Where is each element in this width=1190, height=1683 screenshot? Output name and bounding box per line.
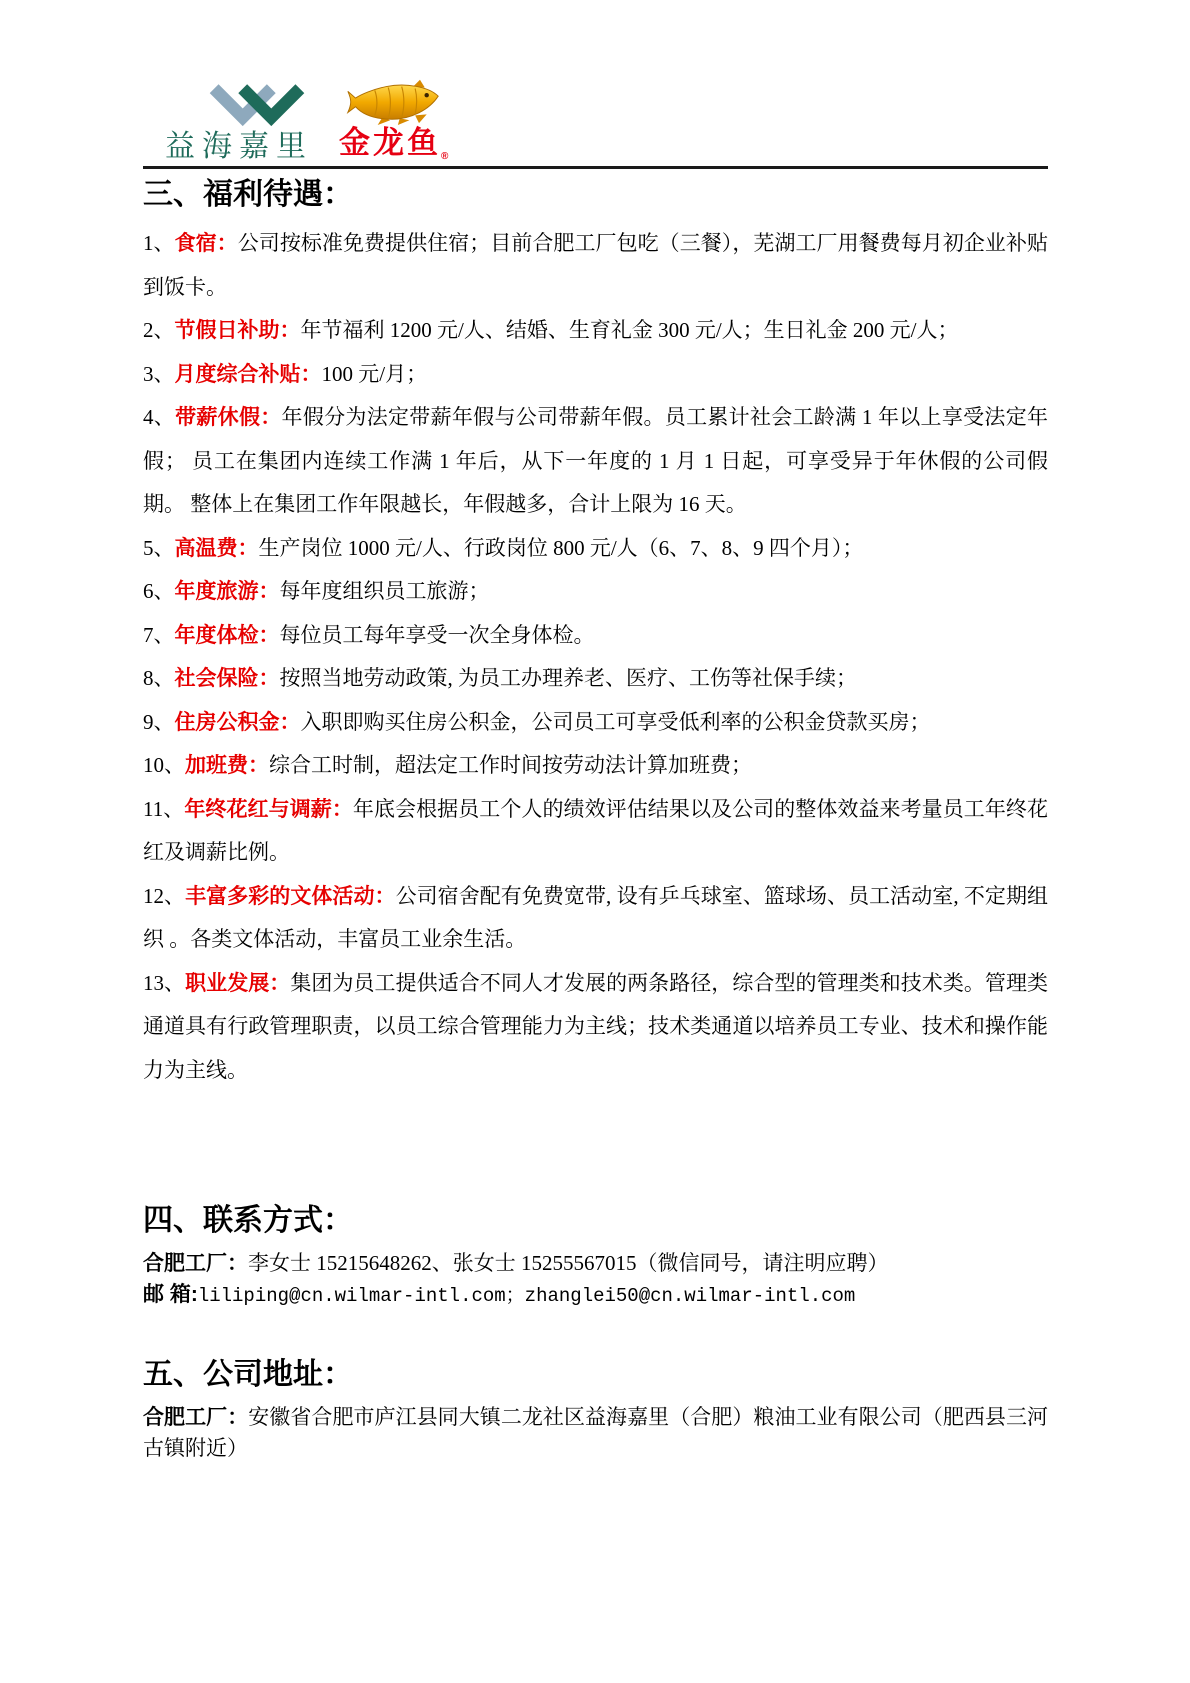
address-factory-label: 合肥工厂： <box>143 1406 248 1429</box>
item-number: 13、 <box>143 971 185 995</box>
benefit-item: 6、年度旅游：每年度组织员工旅游； <box>143 570 1048 614</box>
benefit-item: 8、社会保险：按照当地劳动政策, 为员工办理养老、医疗、工伤等社保手续； <box>143 657 1048 701</box>
benefits-heading: 三、福利待遇： <box>143 178 1048 212</box>
item-number: 8、 <box>143 666 175 690</box>
contact-email-text: liliping@cn.wilmar-intl.com；zhanglei50@c… <box>198 1285 856 1307</box>
page-content: 益海嘉里 <box>143 0 1048 1464</box>
item-label: 住房公积金： <box>175 710 301 734</box>
item-text: 生产岗位 1000 元/人、行政岗位 800 元/人（6、7、8、9 四个月）； <box>259 536 864 560</box>
item-number: 3、 <box>143 362 175 386</box>
item-number: 7、 <box>143 623 175 647</box>
brand-logos: 益海嘉里 <box>165 72 1048 162</box>
contact-factory-text: 李女士 15215648262、张女士 15255567015（微信同号，请注明… <box>248 1251 889 1275</box>
address-heading: 五、公司地址： <box>143 1358 1048 1392</box>
item-number: 5、 <box>143 536 175 560</box>
benefit-item: 1、食宿：公司按标准免费提供住宿；目前合肥工厂包吃（三餐），芜湖工厂用餐费每月初… <box>143 222 1048 309</box>
item-text: 综合工时制，超法定工作时间按劳动法计算加班费； <box>269 753 752 777</box>
item-number: 12、 <box>143 884 185 908</box>
jinlongyu-logo: 金龙鱼® <box>339 75 448 162</box>
arowana-fish-icon <box>345 75 443 125</box>
item-text: 年节福利 1200 元/人、结婚、生育礼金 300 元/人；生日礼金 200 元… <box>301 318 959 342</box>
benefits-list: 1、食宿：公司按标准免费提供住宿；目前合肥工厂包吃（三餐），芜湖工厂用餐费每月初… <box>143 222 1048 1092</box>
item-text: 公司按标准免费提供住宿；目前合肥工厂包吃（三餐），芜湖工厂用餐费每月初企业补贴到… <box>143 231 1048 299</box>
item-text: 100 元/月； <box>322 362 428 386</box>
item-label: 月度综合补贴： <box>175 362 322 386</box>
item-label: 高温费： <box>175 536 259 560</box>
item-label: 年度体检： <box>175 623 280 647</box>
item-number: 6、 <box>143 579 175 603</box>
contact-factory-label: 合肥工厂： <box>143 1252 248 1275</box>
benefit-item: 13、职业发展：集团为员工提供适合不同人才发展的两条路径，综合型的管理类和技术类… <box>143 962 1048 1093</box>
item-number: 4、 <box>143 405 175 429</box>
item-number: 2、 <box>143 318 175 342</box>
item-label: 节假日补助： <box>175 318 301 342</box>
item-number: 10、 <box>143 753 185 777</box>
document-page: 益海嘉里 <box>0 0 1190 1683</box>
jinlongyu-characters: 金龙鱼 <box>339 125 441 160</box>
benefit-item: 7、年度体检：每位员工每年享受一次全身体检。 <box>143 614 1048 658</box>
item-number: 9、 <box>143 710 175 734</box>
item-text: 按照当地劳动政策, 为员工办理养老、医疗、工伤等社保手续； <box>280 666 858 690</box>
item-text: 入职即购买住房公积金，公司员工可享受低利率的公积金贷款买房； <box>301 710 931 734</box>
w-mark-icon <box>205 78 309 128</box>
item-label: 社会保险： <box>175 666 280 690</box>
address-factory-text: 安徽省合肥市庐江县同大镇二龙社区益海嘉里（合肥）粮油工业有限公司（肥西县三河古镇… <box>143 1405 1048 1460</box>
item-label: 加班费： <box>185 753 269 777</box>
contact-heading: 四、联系方式： <box>143 1204 1048 1238</box>
item-text: 每位员工每年享受一次全身体检。 <box>280 623 595 647</box>
benefit-item: 5、高温费：生产岗位 1000 元/人、行政岗位 800 元/人（6、7、8、9… <box>143 527 1048 571</box>
registered-mark: ® <box>441 151 448 162</box>
benefit-item: 3、月度综合补贴：100 元/月； <box>143 353 1048 397</box>
item-text: 每年度组织员工旅游； <box>280 579 490 603</box>
benefit-item: 9、住房公积金：入职即购买住房公积金，公司员工可享受低利率的公积金贷款买房； <box>143 701 1048 745</box>
contact-factory-line: 合肥工厂：李女士 15215648262、张女士 15255567015（微信同… <box>143 1248 1048 1279</box>
item-label: 年终花红与调薪： <box>184 797 353 821</box>
item-number: 11、 <box>143 797 184 821</box>
address-line: 合肥工厂：安徽省合肥市庐江县同大镇二龙社区益海嘉里（合肥）粮油工业有限公司（肥西… <box>143 1402 1048 1464</box>
item-label: 食宿： <box>175 231 238 255</box>
benefit-item: 10、加班费：综合工时制，超法定工作时间按劳动法计算加班费； <box>143 744 1048 788</box>
benefit-item: 2、节假日补助：年节福利 1200 元/人、结婚、生育礼金 300 元/人；生日… <box>143 309 1048 353</box>
header-divider <box>143 166 1048 169</box>
benefit-item: 11、年终花红与调薪：年底会根据员工个人的绩效评估结果以及公司的整体效益来考量员… <box>143 788 1048 875</box>
item-label: 带薪休假： <box>175 405 281 429</box>
benefit-item: 12、丰富多彩的文体活动：公司宿舍配有免费宽带, 设有乒乓球室、篮球场、员工活动… <box>143 875 1048 962</box>
item-label: 丰富多彩的文体活动： <box>185 884 395 908</box>
item-label: 年度旅游： <box>175 579 280 603</box>
yihai-kerry-logo: 益海嘉里 <box>165 78 313 162</box>
contact-email-line: 邮 箱:liliping@cn.wilmar-intl.com；zhanglei… <box>143 1279 1048 1312</box>
benefit-item: 4、带薪休假：年假分为法定带薪年假与公司带薪年假。员工累计社会工龄满 1 年以上… <box>143 396 1048 527</box>
contact-email-label: 邮 箱: <box>143 1283 198 1306</box>
item-label: 职业发展： <box>185 971 290 995</box>
yihai-logo-text: 益海嘉里 <box>165 132 313 162</box>
jinlongyu-logo-text: 金龙鱼® <box>339 127 448 162</box>
item-number: 1、 <box>143 231 175 255</box>
